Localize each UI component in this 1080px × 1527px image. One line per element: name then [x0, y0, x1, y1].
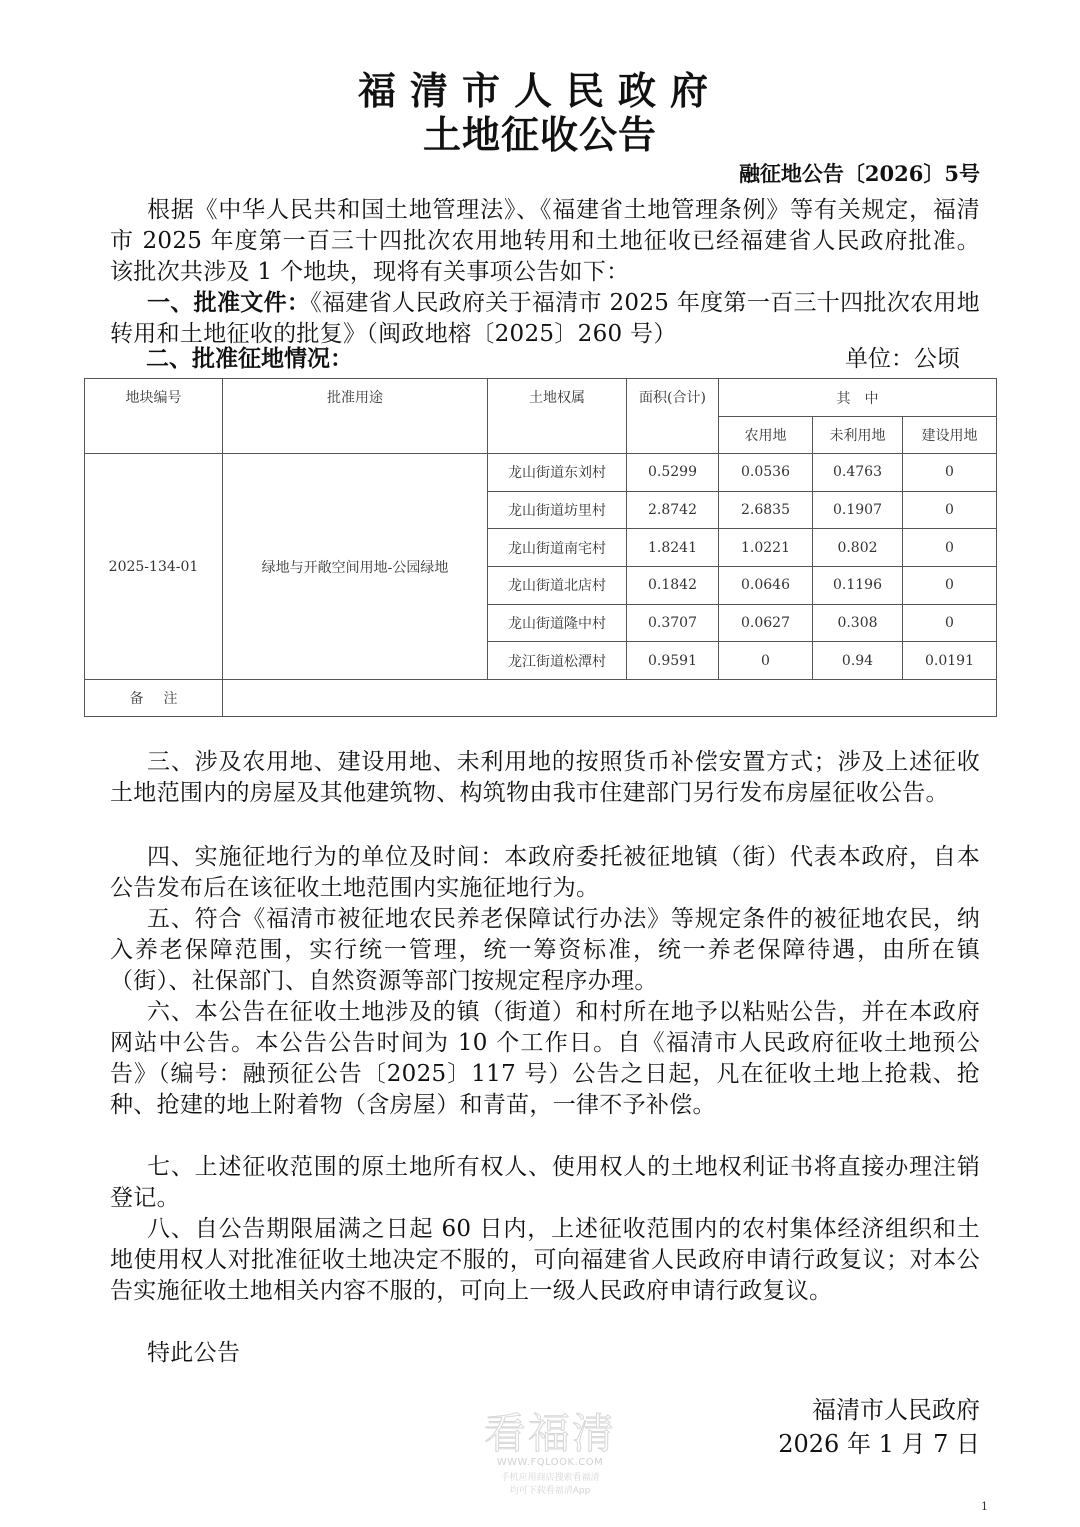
- construction-cell: 0: [903, 529, 997, 567]
- table-row: 2025-134-01 绿地与开敞空间用地-公园绿地 龙山街道东刘村 0.529…: [85, 454, 997, 492]
- signature-organization: 福清市人民政府: [812, 1394, 980, 1426]
- watermark-line-2: 均可下载看福清App: [470, 1483, 630, 1496]
- ownership-cell: 龙山街道坊里村: [488, 491, 627, 529]
- document-number: 融征地公告〔2026〕5号: [739, 160, 980, 188]
- document-title: 土地征收公告: [0, 112, 1080, 158]
- section-4-paragraph: 四、实施征地行为的单位及时间：本政府委托被征地镇（街）代表本政府，自本公告发布后…: [110, 842, 980, 904]
- agricultural-cell: 0: [719, 642, 813, 680]
- ownership-cell: 龙江街道松潭村: [488, 642, 627, 680]
- section-1-label: 一、批准文件：: [147, 290, 310, 316]
- section-3-paragraph: 三、涉及农用地、建设用地、未利用地的按照货币补偿安置方式；涉及上述征收土地范围内…: [110, 747, 980, 809]
- unused-cell: 0.1196: [813, 567, 903, 605]
- section-8-paragraph: 八、自公告期限届满之日起 60 日内，上述征收范围内的农村集体经济组织和土地使用…: [110, 1214, 980, 1307]
- unit-label: 单位：公顷: [845, 344, 960, 375]
- construction-cell: 0: [903, 604, 997, 642]
- agricultural-cell: 1.0221: [719, 529, 813, 567]
- signature-date: 2026 年 1 月 7 日: [778, 1428, 980, 1460]
- section-5-paragraph: 五、符合《福清市被征地农民养老保障试行办法》等规定条件的被征地农民，纳入养老保障…: [110, 904, 980, 997]
- unused-cell: 0.308: [813, 604, 903, 642]
- issuer-title: 福清市人民政府: [0, 68, 1080, 114]
- area-total-cell: 0.9591: [627, 642, 719, 680]
- land-acquisition-table: 地块编号 批准用途 土地权属 面积(合计) 其 中 农用地 未利用地 建设用地 …: [84, 378, 997, 717]
- header-construction: 建设用地: [903, 417, 997, 454]
- unused-cell: 0.802: [813, 529, 903, 567]
- header-area-total: 面积(合计): [627, 379, 719, 454]
- section-2-label: 二、批准征地情况：: [146, 346, 353, 372]
- header-agricultural: 农用地: [719, 417, 813, 454]
- header-parcel-no: 地块编号: [85, 379, 223, 454]
- watermark-url: WWW.FQLOOK.COM: [470, 1456, 630, 1470]
- closing-statement: 特此公告: [110, 1338, 980, 1369]
- area-total-cell: 0.1842: [627, 567, 719, 605]
- table-header-row: 地块编号 批准用途 土地权属 面积(合计) 其 中: [85, 379, 997, 417]
- approved-use-cell: 绿地与开敞空间用地-公园绿地: [223, 454, 488, 680]
- construction-cell: 0.0191: [903, 642, 997, 680]
- section-2-heading: 二、批准征地情况： 单位：公顷: [146, 344, 960, 375]
- ownership-cell: 龙山街道北店村: [488, 567, 627, 605]
- watermark-line-1: 手机应用商店搜索看福清: [470, 1470, 630, 1483]
- agricultural-cell: 2.6835: [719, 491, 813, 529]
- ownership-cell: 龙山街道隆中村: [488, 604, 627, 642]
- header-unused: 未利用地: [813, 417, 903, 454]
- watermark-logo-text: 看福清: [470, 1412, 630, 1456]
- unused-cell: 0.94: [813, 642, 903, 680]
- construction-cell: 0: [903, 491, 997, 529]
- area-total-cell: 1.8241: [627, 529, 719, 567]
- page-number: 1: [981, 1500, 988, 1513]
- section-7-paragraph: 七、上述征收范围的原土地所有权人、使用权人的土地权利证书将直接办理注销登记。: [110, 1152, 980, 1214]
- section-1-approval-document: 一、批准文件：《福建省人民政府关于福清市 2025 年度第一百三十四批次农用地转…: [110, 288, 980, 350]
- unused-cell: 0.1907: [813, 491, 903, 529]
- area-total-cell: 2.8742: [627, 491, 719, 529]
- header-of-which: 其 中: [719, 379, 997, 417]
- construction-cell: 0: [903, 454, 997, 492]
- parcel-no-cell: 2025-134-01: [85, 454, 223, 680]
- construction-cell: 0: [903, 567, 997, 605]
- ownership-cell: 龙山街道东刘村: [488, 454, 627, 492]
- area-total-cell: 0.3707: [627, 604, 719, 642]
- agricultural-cell: 0.0646: [719, 567, 813, 605]
- agricultural-cell: 0.0627: [719, 604, 813, 642]
- note-value-cell: [223, 680, 997, 717]
- intro-paragraph: 根据《中华人民共和国土地管理法》、《福建省土地管理条例》等有关规定，福清市 20…: [110, 195, 980, 288]
- section-6-paragraph: 六、本公告在征收土地涉及的镇（街道）和村所在地予以粘贴公告，并在本政府网站中公告…: [110, 997, 980, 1121]
- agricultural-cell: 0.0536: [719, 454, 813, 492]
- header-ownership: 土地权属: [488, 379, 627, 454]
- ownership-cell: 龙山街道南宅村: [488, 529, 627, 567]
- table-note-row: 备注: [85, 680, 997, 717]
- header-approved-use: 批准用途: [223, 379, 488, 454]
- watermark: 看福清 WWW.FQLOOK.COM 手机应用商店搜索看福清 均可下载看福清Ap…: [470, 1412, 630, 1496]
- note-label-cell: 备注: [85, 680, 223, 717]
- unused-cell: 0.4763: [813, 454, 903, 492]
- area-total-cell: 0.5299: [627, 454, 719, 492]
